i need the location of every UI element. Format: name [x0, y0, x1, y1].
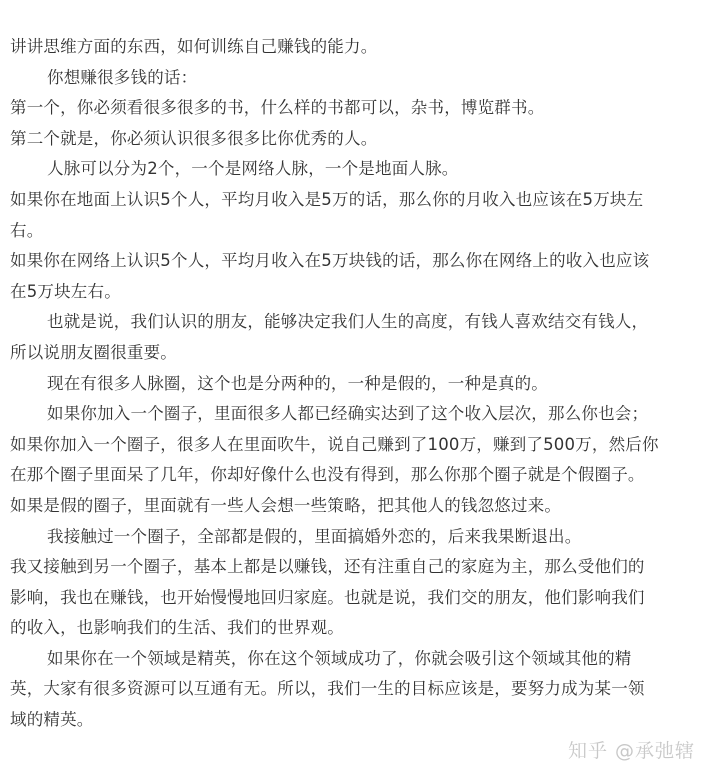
text-line: 现在有很多人脉圈，这个也是分两种的，一种是假的，一种是真的。: [10, 369, 712, 400]
text-line: 所以说朋友圈很重要。: [10, 338, 712, 369]
text-line: 的收入，也影响我们的生活、我们的世界观。: [10, 613, 712, 644]
text-line: 如果你在网络上认识5个人，平均月收入在5万块钱的话，那么你在网络上的收入也应该: [10, 246, 712, 277]
text-line: 你想赚很多钱的话：: [10, 63, 712, 94]
text-line: 也就是说，我们认识的朋友，能够决定我们人生的高度，有钱人喜欢结交有钱人，: [10, 307, 712, 338]
text-line: 如果你加入一个圈子，里面很多人都已经确实达到了这个收入层次，那么你也会；: [10, 399, 712, 430]
text-line: 在那个圈子里面呆了几年，你却好像什么也没有得到，那么你那个圈子就是个假圈子。: [10, 460, 712, 491]
text-line: 如果你在地面上认识5个人，平均月收入是5万的话，那么你的月收入也应该在5万块左: [10, 185, 712, 216]
text-line: 第一个，你必须看很多很多的书，什么样的书都可以，杂书，博览群书。: [10, 93, 712, 124]
zhihu-watermark: 知乎 @承弛辖: [568, 736, 695, 763]
text-line: 如果你加入一个圈子，很多人在里面吹牛，说自己赚到了100万，赚到了500万，然后…: [10, 430, 712, 461]
text-line: 在5万块左右。: [10, 277, 712, 308]
text-line: 英，大家有很多资源可以互通有无。所以，我们一生的目标应该是，要努力成为某一领: [10, 674, 712, 705]
text-line: 影响，我也在赚钱，也开始慢慢地回归家庭。也就是说，我们交的朋友，他们影响我们: [10, 583, 712, 614]
text-line: 我又接触到另一个圈子，基本上都是以赚钱，还有注重自己的家庭为主，那么受他们的: [10, 552, 712, 583]
text-line: 人脉可以分为2个，一个是网络人脉，一个是地面人脉。: [10, 154, 712, 185]
text-line: 如果你在一个领域是精英，你在这个领域成功了，你就会吸引这个领域其他的精: [10, 644, 712, 675]
text-line: 我接触过一个圈子，全部都是假的，里面搞婚外恋的，后来我果断退出。: [10, 522, 712, 553]
text-line: 域的精英。: [10, 705, 712, 736]
text-line: 第二个就是，你必须认识很多很多比你优秀的人。: [10, 124, 712, 155]
text-line: 右。: [10, 216, 712, 247]
article-body: 讲讲思维方面的东西，如何训练自己赚钱的能力。 你想赚很多钱的话： 第一个，你必须…: [10, 32, 712, 736]
text-line: 讲讲思维方面的东西，如何训练自己赚钱的能力。: [10, 32, 712, 63]
text-line: 如果是假的圈子，里面就有一些人会想一些策略，把其他人的钱忽悠过来。: [10, 491, 712, 522]
